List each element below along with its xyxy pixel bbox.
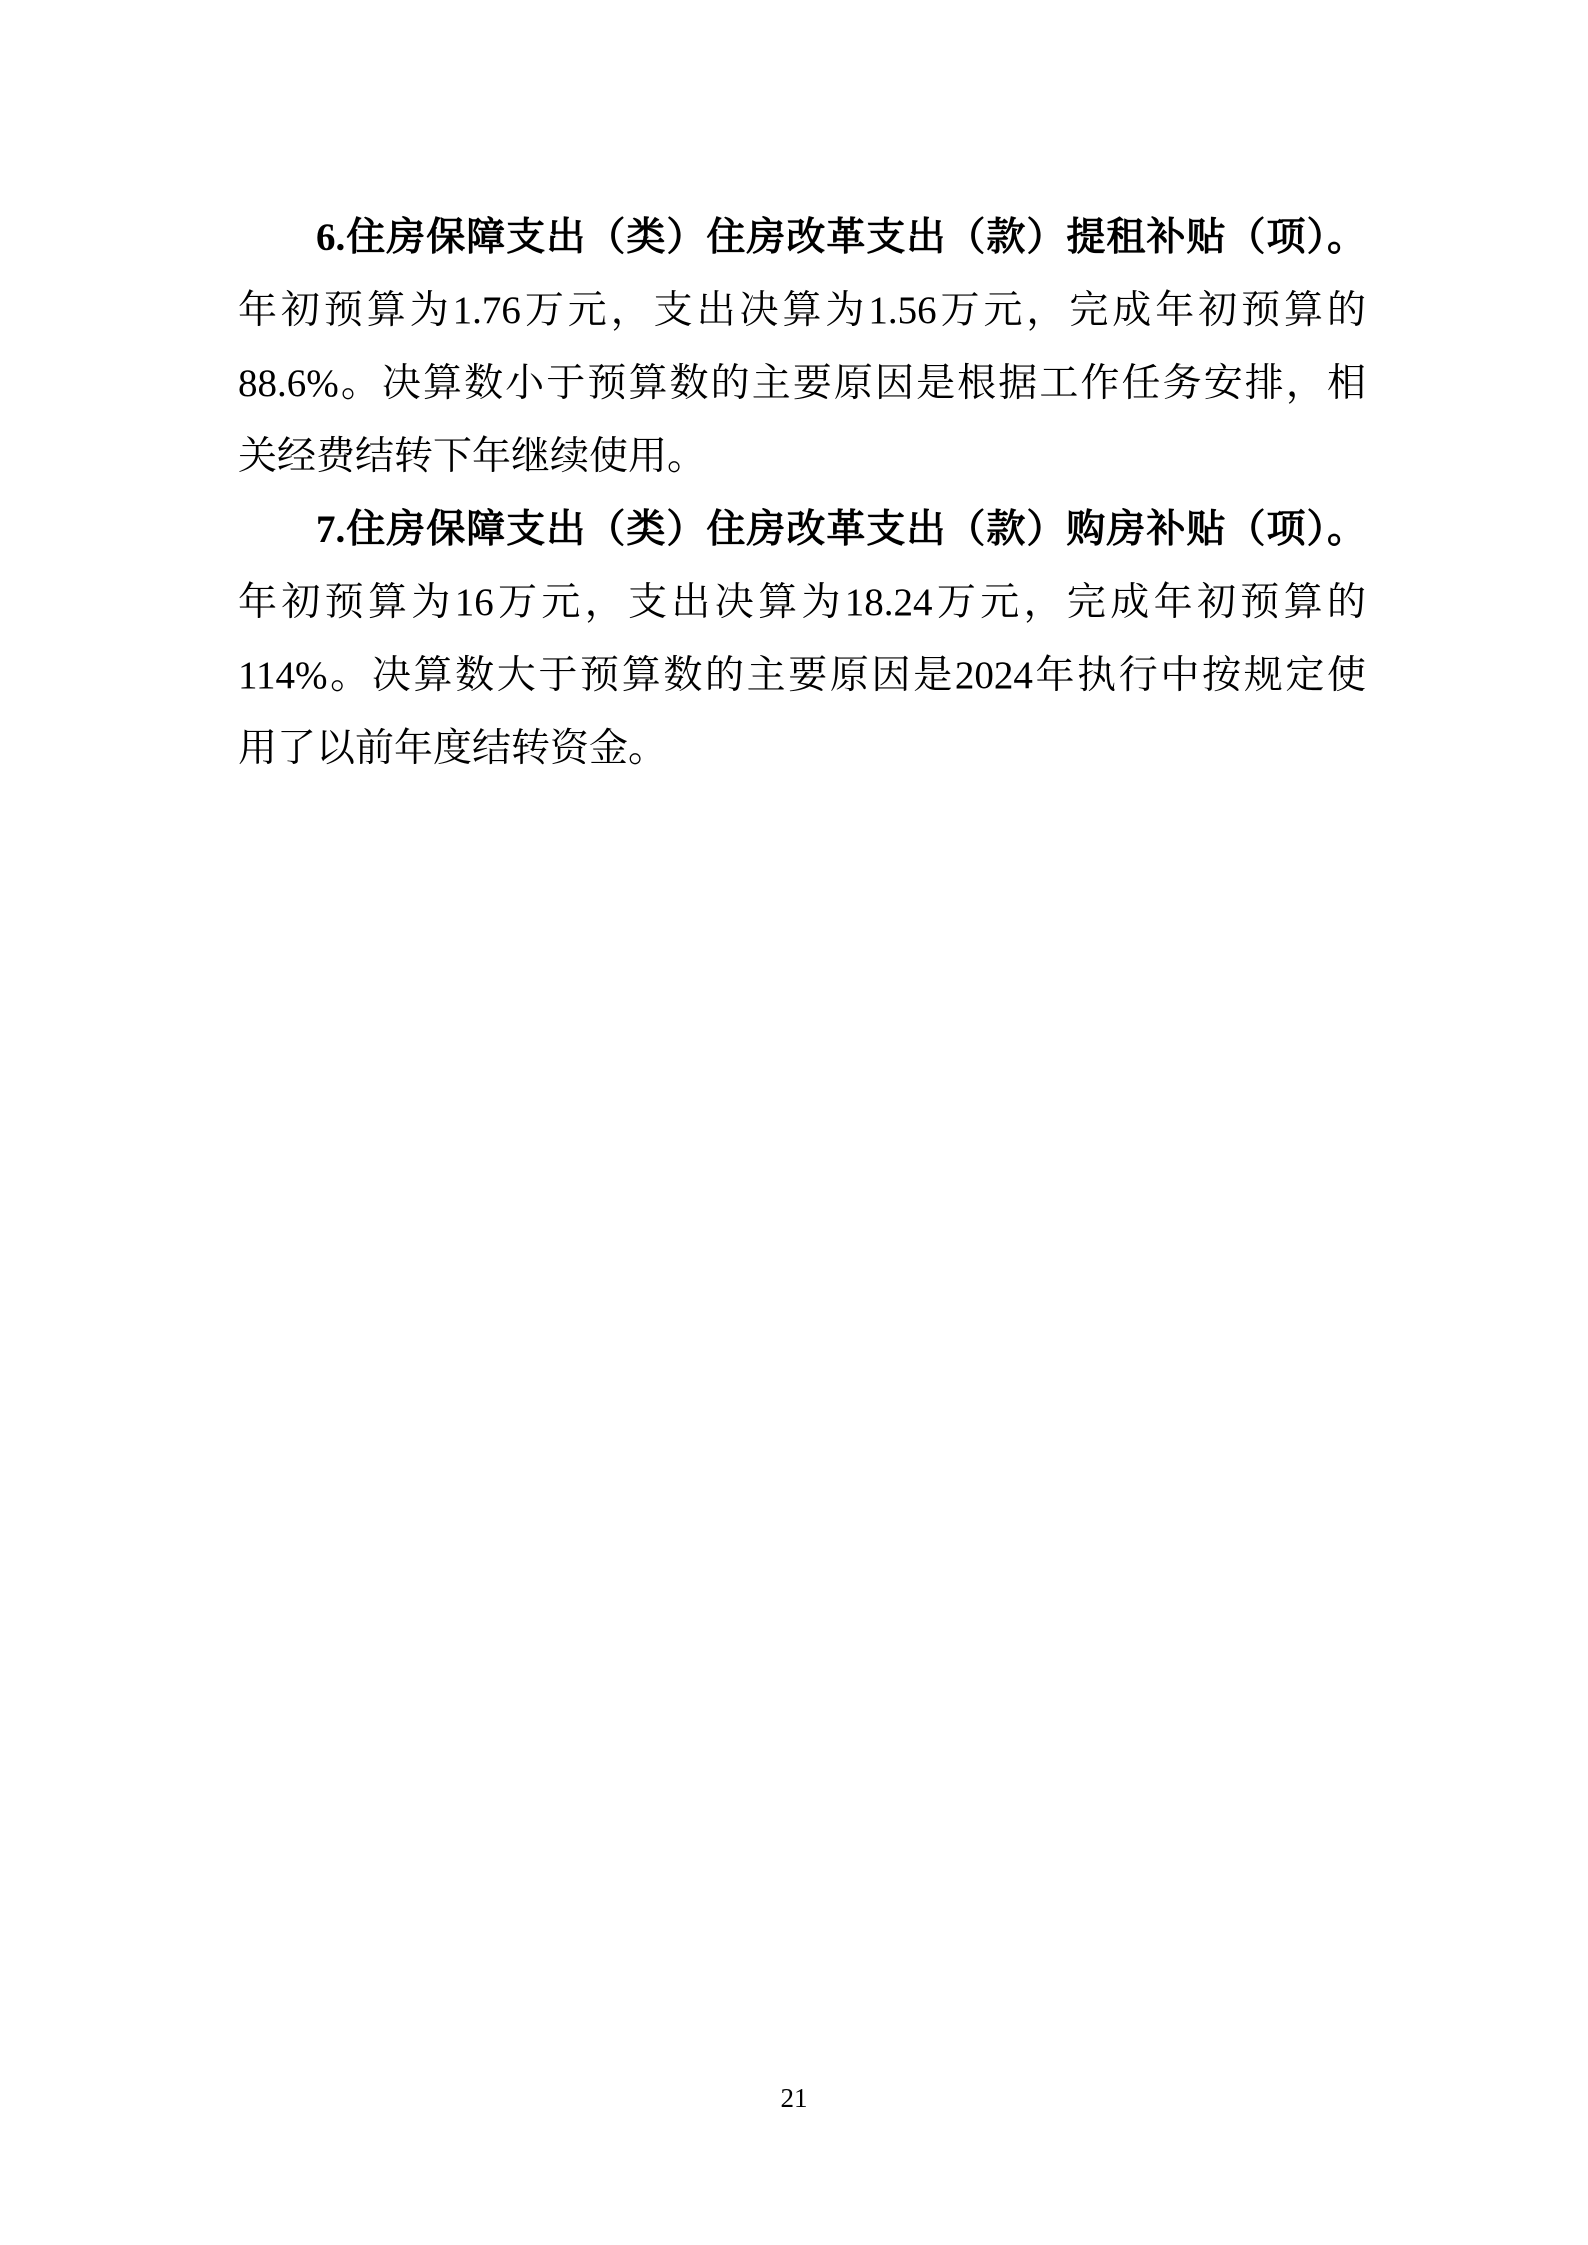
section-7-body-line-1: 年初预算为16万元，支出决算为18.24万元，完成年初预算的 bbox=[238, 566, 1366, 639]
section-6-heading: 6.住房保障支出（类）住房改革支出（款）提租补贴（项）。 bbox=[238, 201, 1366, 274]
section-6-body-line-1: 年初预算为1.76万元，支出决算为1.56万元，完成年初预算的 bbox=[238, 274, 1366, 347]
section-7-body-line-3: 用了以前年度结转资金。 bbox=[238, 712, 1366, 785]
text-block: 6.住房保障支出（类）住房改革支出（款）提租补贴（项）。 年初预算为1.76万元… bbox=[238, 201, 1366, 785]
section-6-body-line-3: 关经费结转下年继续使用。 bbox=[238, 420, 1366, 493]
document-page: 6.住房保障支出（类）住房改革支出（款）提租补贴（项）。 年初预算为1.76万元… bbox=[0, 0, 1588, 2245]
section-7-heading: 7.住房保障支出（类）住房改革支出（款）购房补贴（项）。 bbox=[238, 493, 1366, 566]
section-6-body-line-2: 88.6%。决算数小于预算数的主要原因是根据工作任务安排，相 bbox=[238, 347, 1366, 420]
section-7-body-line-2: 114%。决算数大于预算数的主要原因是2024年执行中按规定使 bbox=[238, 639, 1366, 712]
page-number: 21 bbox=[0, 2082, 1588, 2114]
